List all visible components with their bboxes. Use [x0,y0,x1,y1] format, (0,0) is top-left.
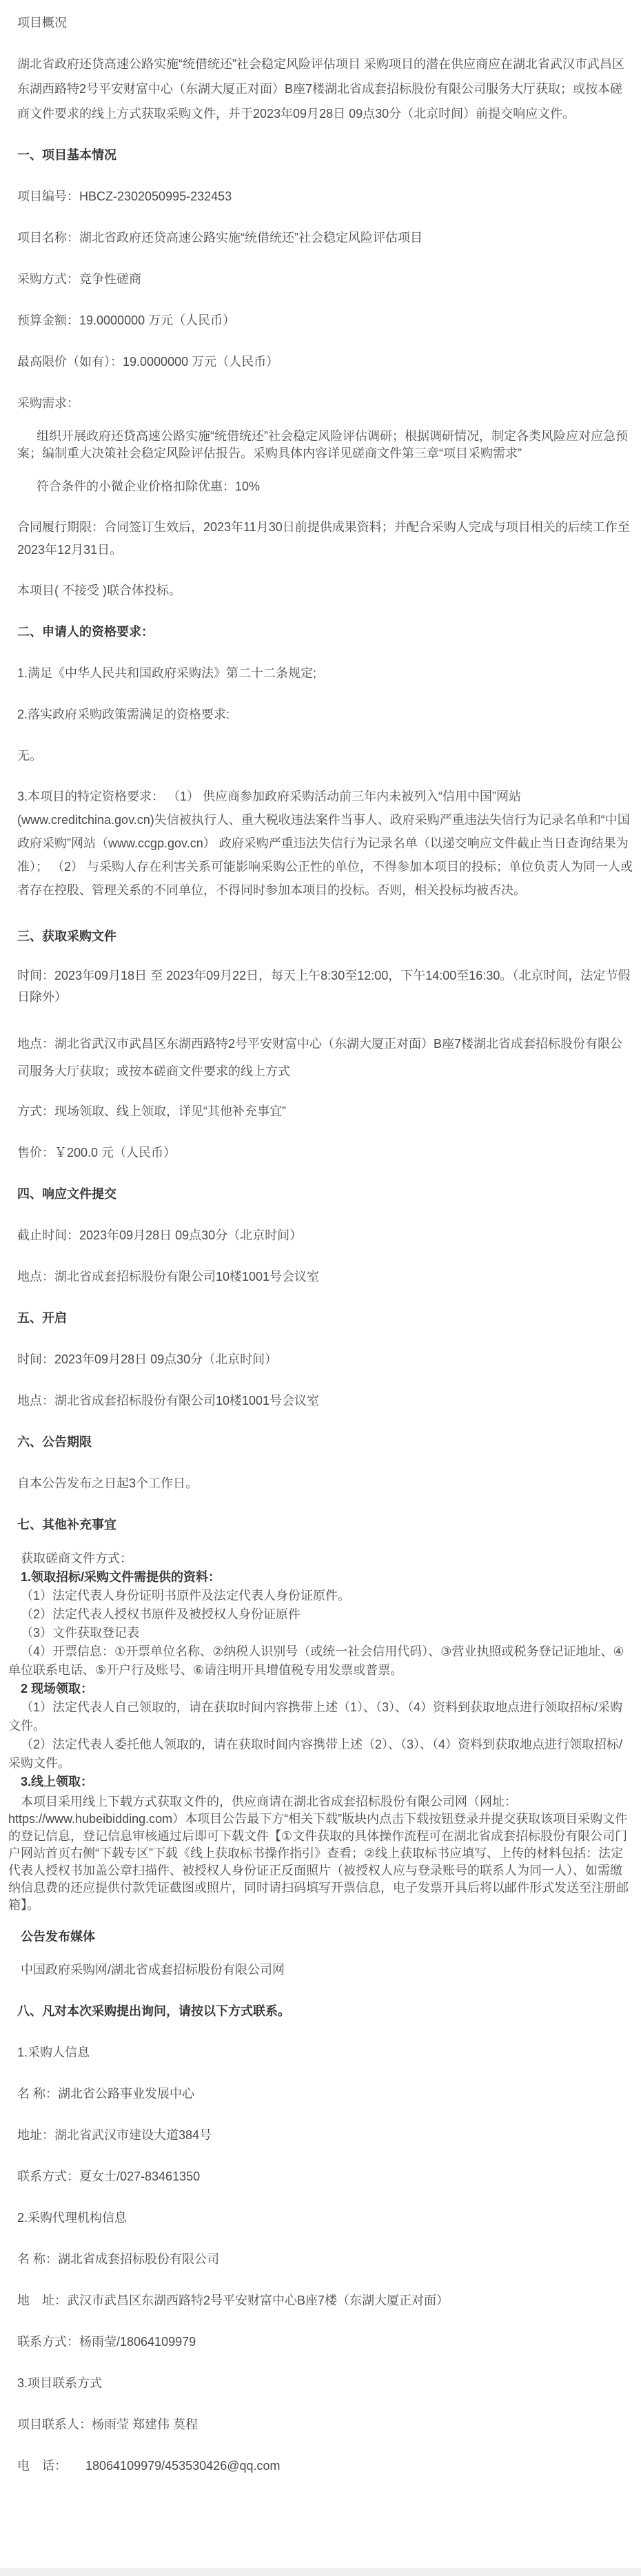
section-other-heading: 七、其他补充事宜 [17,1512,633,1537]
other-s1-heading: 1.领取招标/采购文件需提供的资料： [8,1568,633,1587]
sme-discount: 符合条件的小微企业价格扣除优惠：10% [17,478,633,495]
section-notice-period-heading: 六、公告期限 [17,1430,633,1454]
section-opening-heading: 五、开启 [17,1306,633,1330]
other-s1-item-2: （2）法定代表人授权书原件及被授权人身份证原件 [8,1605,633,1624]
media-heading: 公告发布媒体 [8,1928,633,1946]
other-s2-item-1: （1）法定代表人自己领取的，请在获取时间内容携带上述（1）、（3）、（4）资料到… [8,1698,633,1735]
section-obtain-heading: 三、获取采购文件 [17,924,633,949]
section-submit-heading: 四、响应文件提交 [17,1182,633,1206]
contract-term: 合同履行期限：合同签订生效后，2023年11月30日前提供成果资料；并配合采购人… [17,516,633,561]
project-contact-label: 3.项目联系方式 [17,2371,633,2395]
obtain-price: 售价：￥200.0 元（人民币） [17,1140,633,1165]
obtain-way-label: 获取磋商文件方式： [8,1549,633,1568]
other-s1-item-3: （3）文件获取登记表 [8,1624,633,1642]
obtain-place: 地点：湖北省武汉市武昌区东湖西路特2号平安财富中心（东湖大厦正对面）B座7楼湖北… [17,1030,633,1085]
agency-contact: 联系方式：杨雨莹/18064109979 [17,2329,633,2354]
purchaser-address: 地址：湖北省武汉市建设大道384号 [17,2123,633,2147]
project-name: 项目名称：湖北省政府还贷高速公路实施“统借统还”社会稳定风险评估项目 [17,225,633,250]
other-s1-item-4: （4）开票信息：①开票单位名称、②纳税人识别号（或统一社会信用代码）、③营业执照… [8,1642,633,1680]
purchaser-label: 1.采购人信息 [17,2040,633,2065]
procurement-method: 采购方式：竞争性磋商 [17,267,633,291]
other-s2-item-2: （2）法定代表人委托他人领取的，请在获取时间内容携带上述（2）、（3）、（4）资… [8,1735,633,1773]
qualification-item-2-none: 无。 [17,743,633,768]
agency-name: 名 称：湖北省成套招标股份有限公司 [17,2247,633,2271]
consortium-note: 本项目( 不接受 )联合体投标。 [17,578,633,603]
footer-strip [0,2568,641,2576]
section-contact-heading: 八、凡对本次采购提出询问，请按以下方式联系。 [17,1999,633,2023]
opening-time: 时间：2023年09月28日 09点30分（北京时间） [17,1347,633,1372]
qualification-item-2: 2.落实政府采购政策需满足的资格要求: [17,702,633,727]
obtain-mode: 方式：现场领取、线上领取，详见“其他补充事宜” [17,1099,633,1124]
project-contact-persons: 项目联系人：杨雨莹 郑建伟 莫程 [17,2412,633,2437]
purchaser-contact: 联系方式：夏女士/027-83461350 [17,2164,633,2189]
submit-deadline: 截止时间：2023年09月28日 09点30分（北京时间） [17,1223,633,1248]
agency-address: 地 址：武汉市武昌区东湖西路特2号平安财富中心B座7楼（东湖大厦正对面） [17,2288,633,2313]
other-s3-heading: 3.线上领取： [8,1773,633,1791]
demand-label: 采购需求： [17,391,633,415]
other-details-block: 获取磋商文件方式： 1.领取招标/采购文件需提供的资料： （1）法定代表人身份证… [8,1549,633,1982]
other-s1-item-1: （1）法定代表人身份证明书原件及法定代表人身份证原件。 [8,1587,633,1605]
qualification-item-3: 3.本项目的特定资格要求： （1） 供应商参加政府采购活动前三年内未被列入“信用… [17,785,633,902]
purchaser-name: 名 称：湖北省公路事业发展中心 [17,2081,633,2106]
max-price: 最高限价（如有）：19.0000000 万元（人民币） [17,349,633,374]
agency-label: 2.采购代理机构信息 [17,2205,633,2230]
other-s3-text: 本项目采用线上下载方式获取文件的，供应商请在湖北省成套招标股份有限公司网（网址：… [8,1793,633,1914]
overview-title: 项目概况 [17,10,633,35]
budget-amount: 预算金额：19.0000000 万元（人民币） [17,308,633,333]
overview-intro: 湖北省政府还贷高速公路实施“统借统还”社会稳定风险评估项目 采购项目的潜在供应商… [17,52,633,126]
demand-detail: 组织开展政府还贷高速公路实施“统借统还”社会稳定风险评估调研；根据调研情况，制定… [17,428,633,462]
media-text: 中国政府采购网/湖北省成套招标股份有限公司网 [8,1957,633,1982]
section-basic-heading: 一、项目基本情况 [17,143,633,167]
opening-place: 地点：湖北省成套招标股份有限公司10楼1001号会议室 [17,1388,633,1413]
notice-period-text: 自本公告发布之日起3个工作日。 [17,1471,633,1496]
other-s2-heading: 2 现场领取： [8,1680,633,1698]
obtain-time: 时间：2023年09月18日 至 2023年09月22日，每天上午8:30至12… [17,965,633,1008]
procurement-notice-document: 项目概况 湖北省政府还贷高速公路实施“统借统还”社会稳定风险评估项目 采购项目的… [0,0,641,2478]
qualification-item-1: 1.满足《中华人民共和国政府采购法》第二十二条规定; [17,661,633,686]
project-contact-phone: 电 话： 18064109979/453530426@qq.com [17,2453,633,2478]
project-number: 项目编号：HBCZ-2302050995-232453 [17,184,633,209]
section-qualification-heading: 二、申请人的资格要求： [17,619,633,644]
submit-place: 地点：湖北省成套招标股份有限公司10楼1001号会议室 [17,1264,633,1289]
